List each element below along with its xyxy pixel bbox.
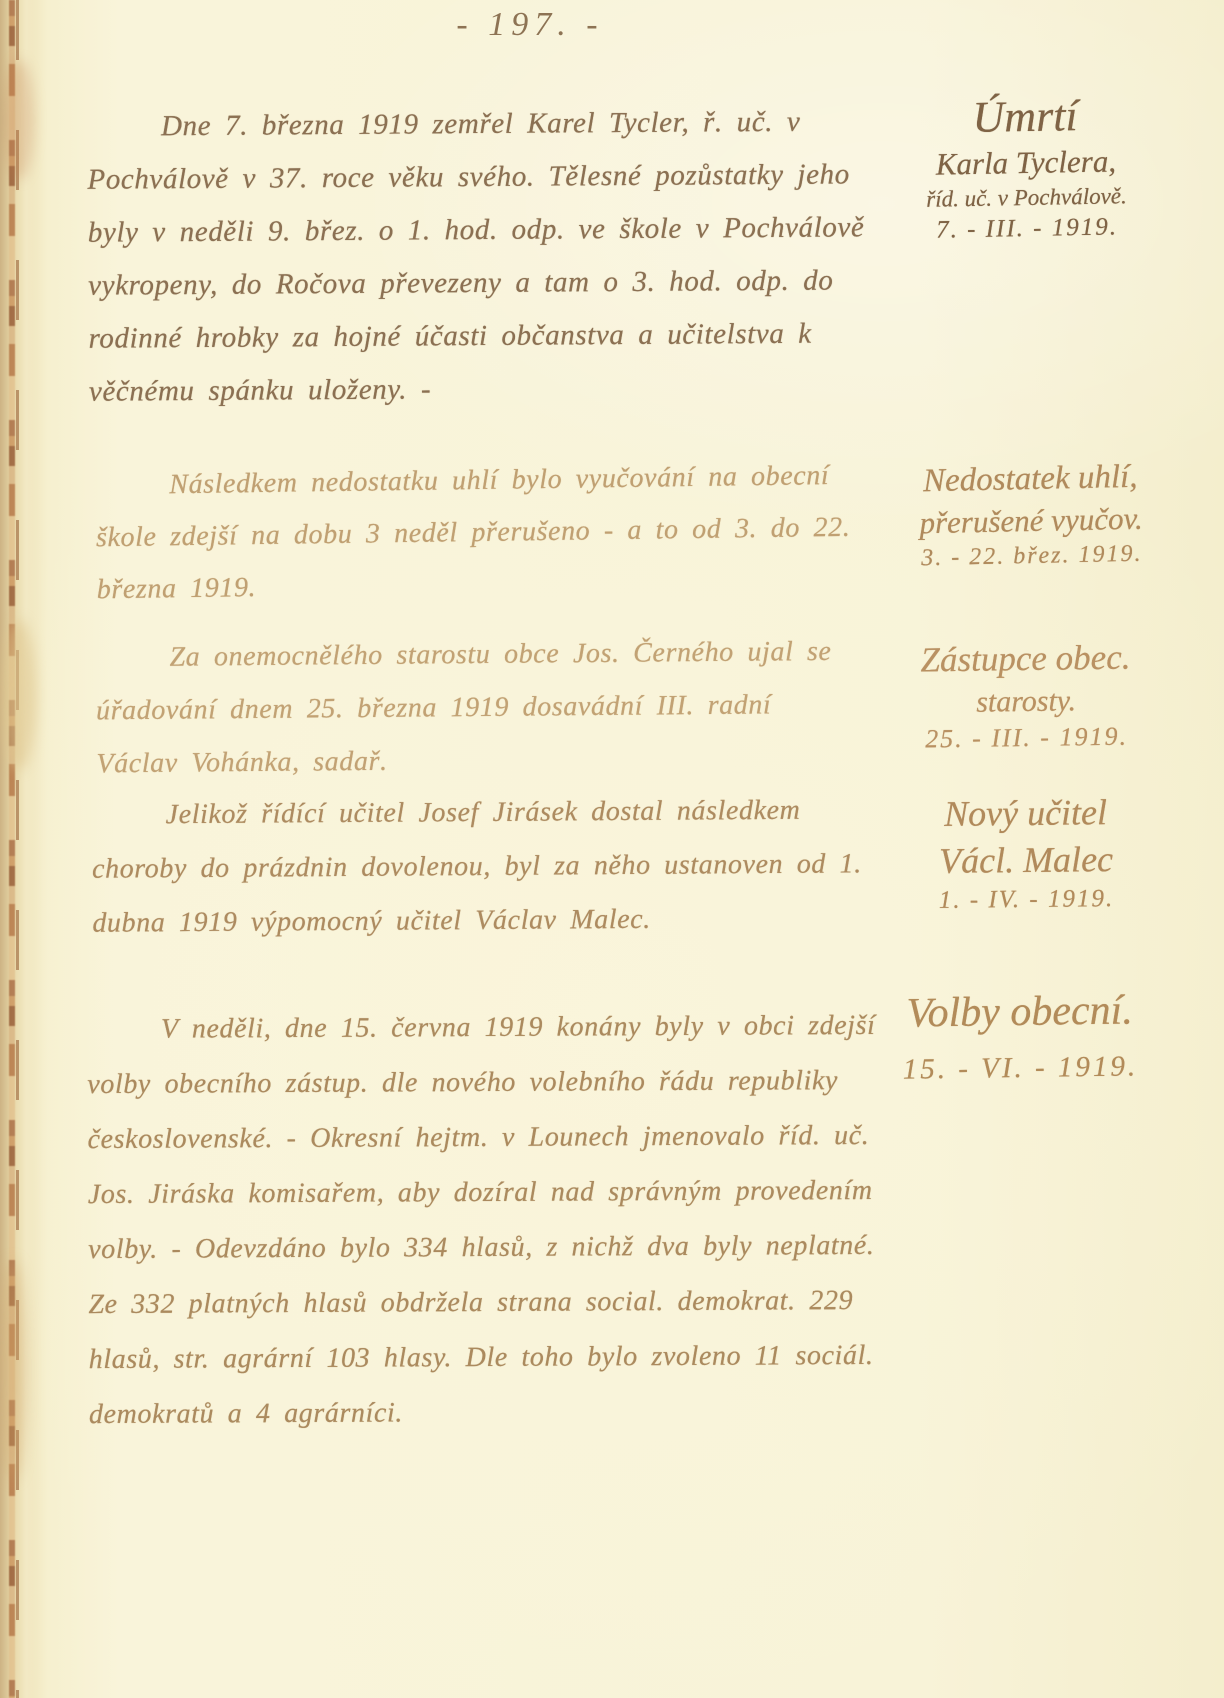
margin-date: 7. - III. - 1919.: [857, 210, 1198, 248]
margin-title: Úmrtí: [855, 89, 1196, 146]
margin-title: Zástupce obec.: [855, 634, 1196, 684]
coal-shortage-paragraph: Následkem nedostatku uhlí bylo vyučování…: [95, 450, 857, 617]
new-teacher-margin-note: Nový učitel Václ. Malec 1. - IV. - 1919.: [855, 788, 1196, 918]
margin-subtitle: Karla Tyclera,: [856, 140, 1197, 186]
chronicle-page: - 197. - Dne 7. března 1919 zemřel Karel…: [0, 0, 1224, 1698]
death-notice-paragraph: Dne 7. března 1919 zemřel Karel Tycler, …: [87, 95, 875, 418]
deputy-mayor-paragraph: Za onemocnělého starostu obce Jos. Černé…: [95, 625, 866, 791]
margin-date: 3. - 22. břez. 1919.: [857, 538, 1208, 577]
margin-date: 25. - III. - 1919.: [856, 718, 1196, 757]
coal-shortage-margin-note: Nedostatek uhlí, přerušené vyučov. 3. - …: [855, 454, 1207, 576]
deputy-mayor-margin-note: Zástupce obec. starosty. 25. - III. - 19…: [855, 634, 1197, 757]
new-teacher-paragraph: Jelikož řídící učitel Josef Jirásek dost…: [91, 783, 872, 950]
page-number: - 197. -: [380, 6, 680, 44]
death-notice-margin-note: Úmrtí Karla Tyclera, říd. uč. v Pochválo…: [855, 89, 1198, 248]
book-binding-edge: [0, 0, 42, 1698]
elections-paragraph: V neděli, dne 15. června 1919 konány byl…: [87, 998, 879, 1442]
elections-margin-note: Volby obecní. 15. - VI. - 1919.: [829, 982, 1210, 1090]
margin-subtitle: Václ. Malec: [856, 835, 1196, 885]
margin-date: 1. - IV. - 1919.: [856, 882, 1196, 918]
margin-title: Volby obecní.: [829, 982, 1210, 1042]
margin-subtitle: starosty.: [856, 679, 1197, 723]
margin-title: Nedostatek uhlí,: [855, 454, 1206, 504]
margin-title: Nový učitel: [855, 788, 1195, 838]
margin-date: 15. - VI. - 1919.: [830, 1047, 1210, 1090]
